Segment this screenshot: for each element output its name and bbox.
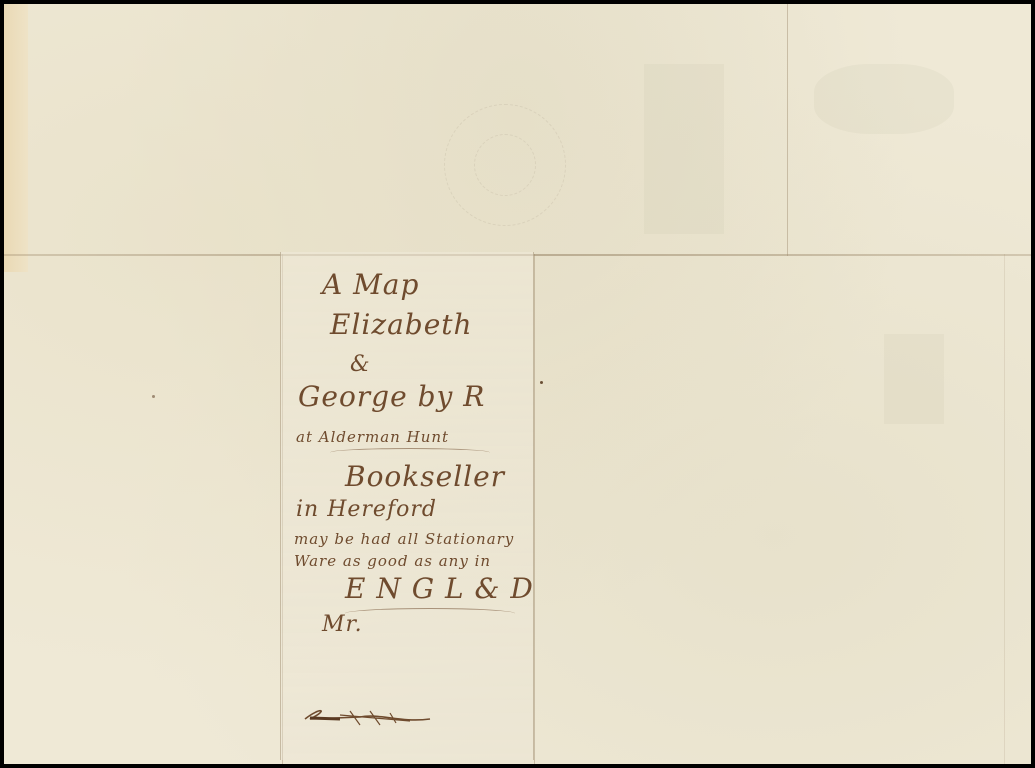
inscription-line-2: Elizabeth	[330, 308, 473, 341]
landmass-showthrough	[814, 64, 954, 134]
inscription-line-3: &	[350, 352, 371, 377]
underline-flourish	[345, 608, 515, 619]
inscription-line-6: Bookseller	[345, 460, 505, 493]
cartouche-showthrough	[884, 334, 944, 424]
inscription-line-9: Ware as good as any in	[294, 552, 491, 570]
inscription-line-10: E N G L & D	[345, 572, 534, 605]
struck-signature	[300, 705, 440, 727]
inscription-line-5: at Alderman Hunt	[296, 428, 449, 446]
ink-speck	[152, 395, 155, 398]
inscription-line-1: A Map	[322, 268, 419, 301]
underline-flourish	[330, 448, 490, 457]
inscription-line-7: in Hereford	[296, 497, 437, 522]
landmass-showthrough	[644, 64, 724, 234]
vertical-fold-line	[534, 254, 535, 764]
inscription-line-8: may be had all Stationary	[294, 530, 514, 548]
inscription-line-11: Mr.	[322, 612, 363, 637]
inscription-line-4: George by R	[298, 380, 485, 413]
ink-speck	[540, 381, 543, 384]
compass-rose-showthrough-inner	[474, 134, 536, 196]
vertical-fold-line	[1004, 254, 1005, 764]
paper-edge-toning	[4, 4, 28, 272]
vertical-fold-line	[787, 4, 788, 256]
